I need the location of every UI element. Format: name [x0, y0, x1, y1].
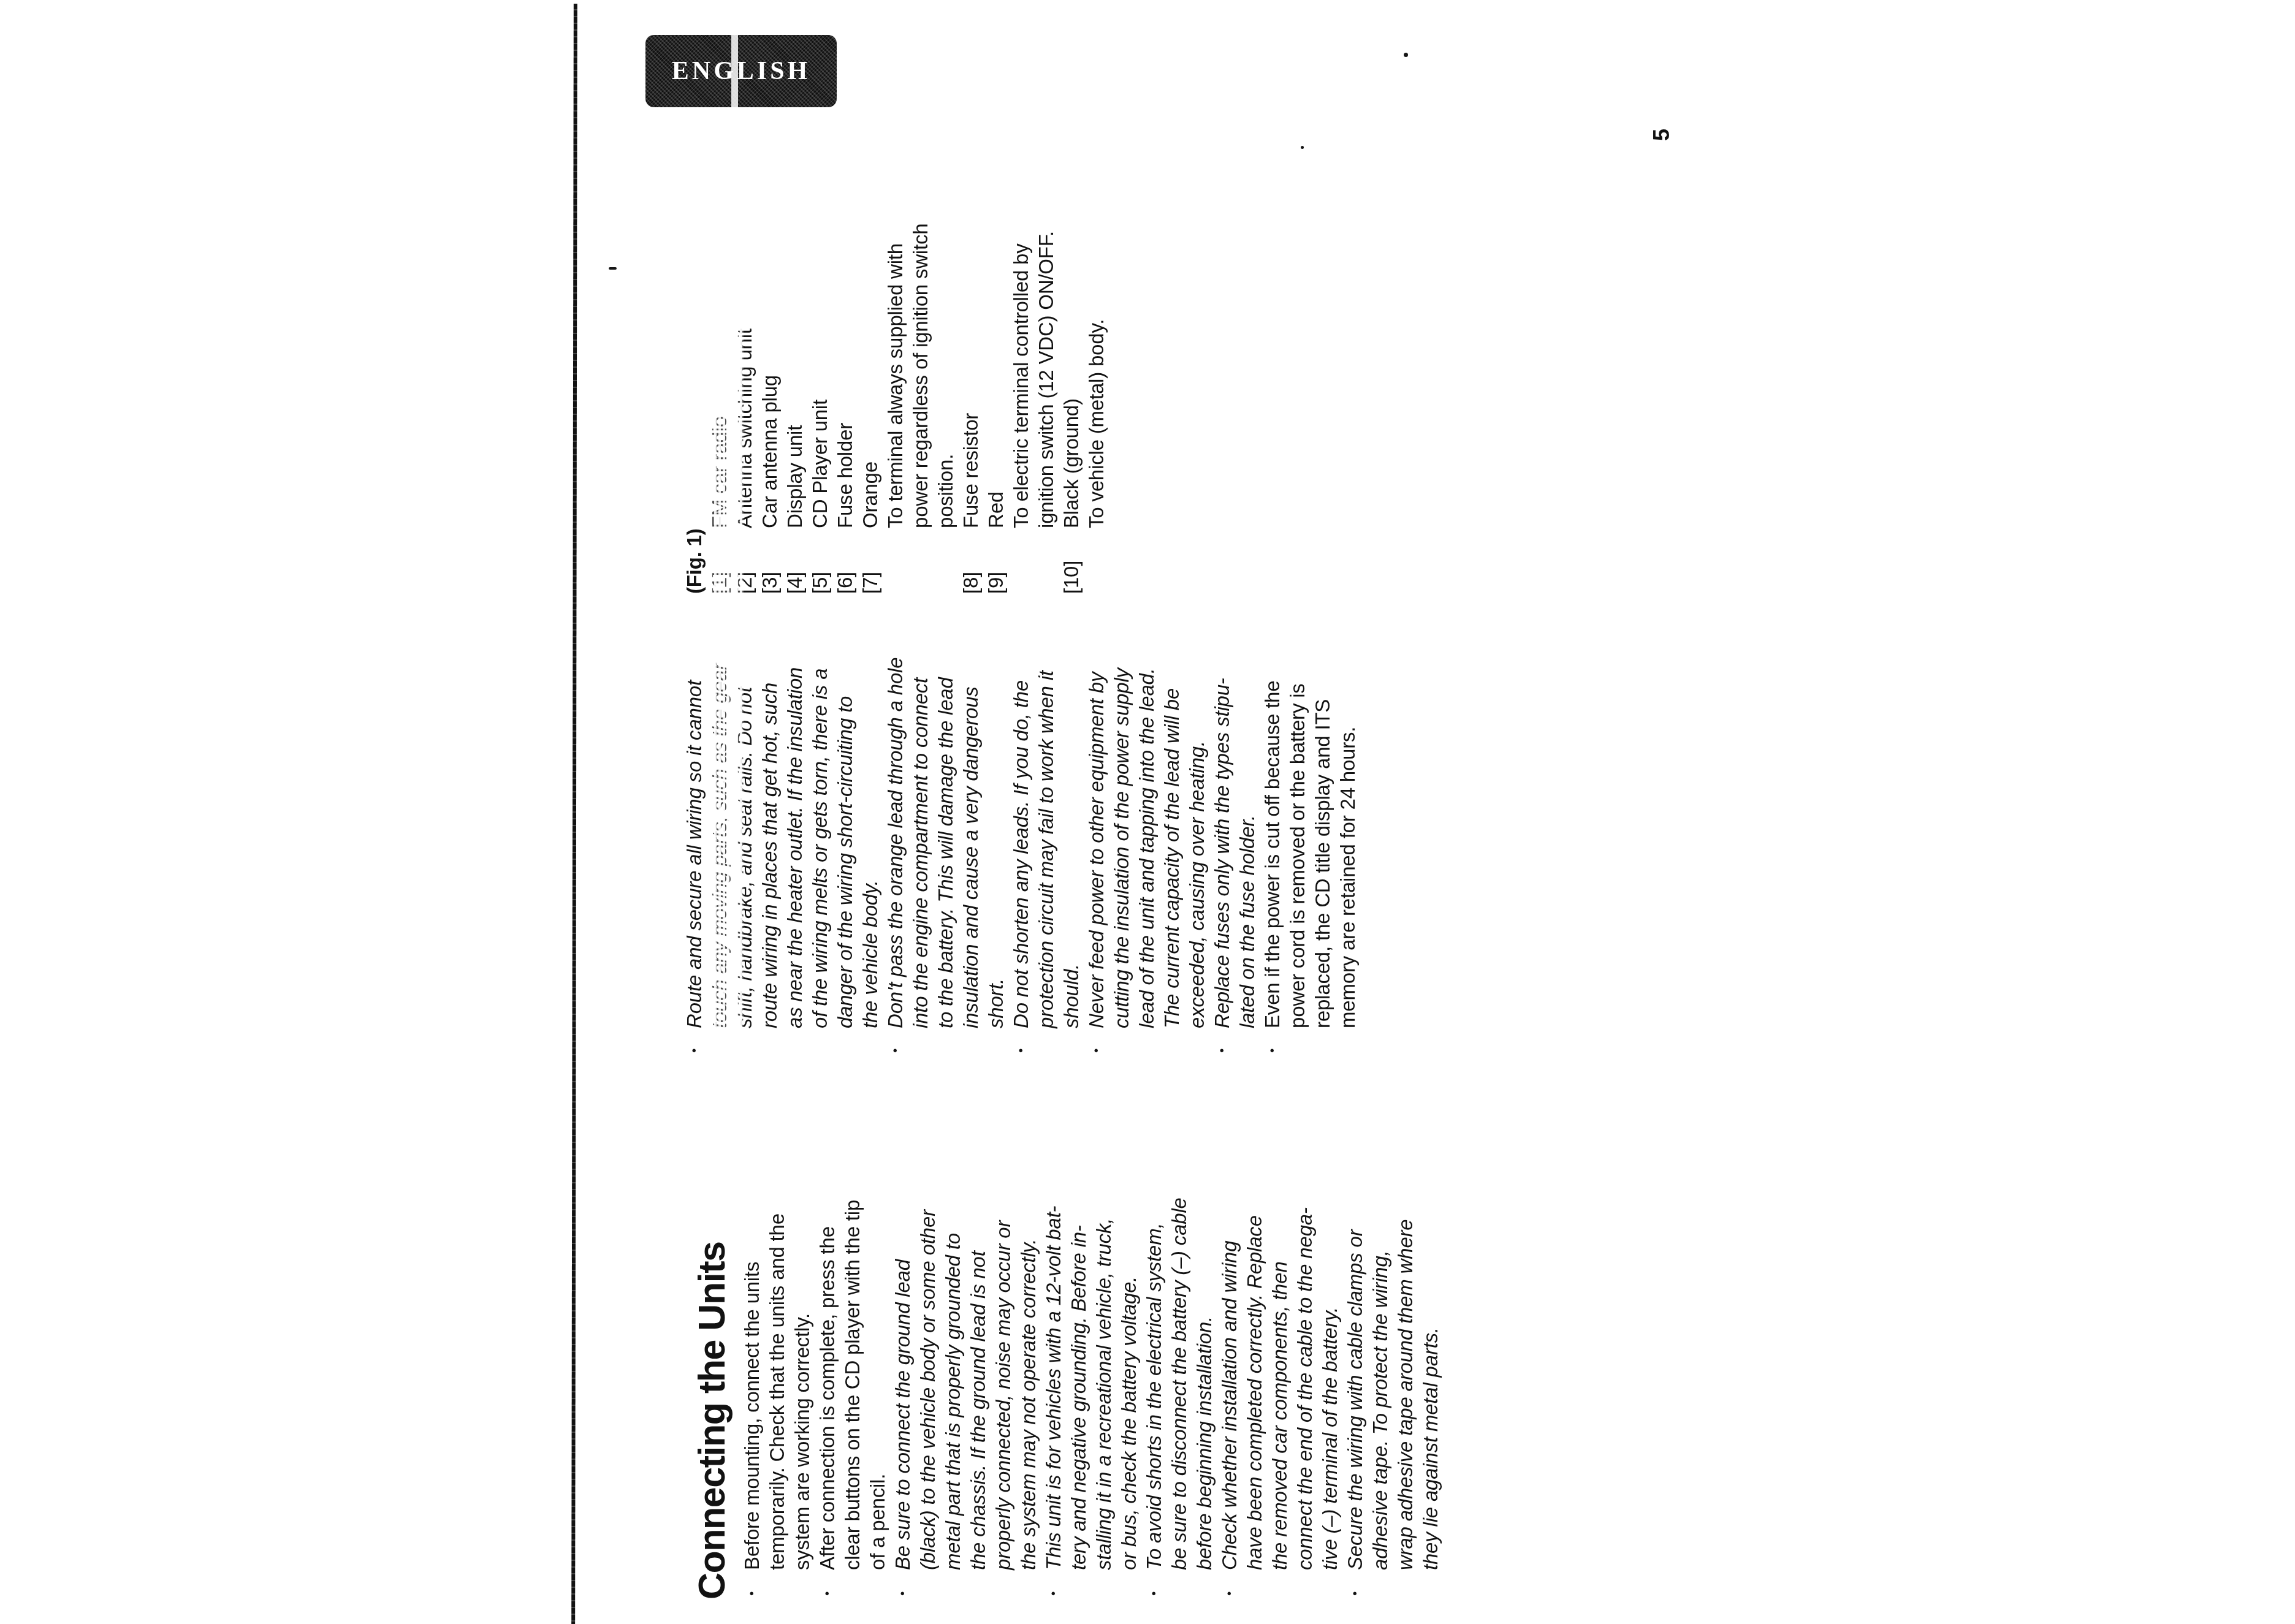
- crease-fade: [706, 152, 744, 1092]
- language-tab: ENGLISH: [645, 35, 837, 107]
- list-item: •Replace fuses only with the types stipu…: [1209, 601, 1260, 1054]
- legend-number: [5]: [807, 528, 832, 594]
- list-item: •Secure the wiring with cable clamps or …: [1342, 1109, 1443, 1599]
- scan-glitch-line: [731, 34, 738, 108]
- list-item: •This unit is for vehicles with a 12-vol…: [1041, 1109, 1141, 1599]
- bullet-icon: •: [739, 1570, 764, 1599]
- bullet-text: Check whether installation and wiring ha…: [1217, 1207, 1342, 1570]
- legend-item: [7]Orange To terminal always supplied wi…: [858, 140, 958, 594]
- bullet-icon: •: [682, 1028, 707, 1054]
- bullet-icon: •: [1209, 1028, 1235, 1054]
- bullet-text: Don't pass the orange lead through a hol…: [883, 658, 1008, 1028]
- scan-speck: [1404, 53, 1408, 57]
- bullet-icon: •: [883, 1028, 908, 1054]
- legend-item: [9]Red To electric terminal controlled b…: [983, 140, 1059, 594]
- figure-legend: (Fig. 1) [1]FM car radio[2]Antenna switc…: [682, 140, 1109, 594]
- scan-speck: [609, 267, 617, 270]
- rotated-page-content: Connecting the Units •Before mounting, c…: [0, 0, 2295, 1624]
- connecting-bullets: •Before mounting, connect the units temp…: [739, 1109, 1443, 1599]
- bullet-text: Be sure to connect the ground lead (blac…: [890, 1210, 1041, 1570]
- bullet-text: Never feed power to other equipment by c…: [1084, 668, 1209, 1028]
- list-item: •Be sure to connect the ground lead (bla…: [890, 1109, 1041, 1599]
- legend-number: [3]: [757, 528, 782, 594]
- list-item: •To avoid shorts in the electrical syste…: [1141, 1109, 1217, 1599]
- bullet-icon: •: [1260, 1028, 1285, 1054]
- legend-text: CD Player unit: [807, 400, 832, 528]
- legend-text: Fuse resistor: [958, 413, 983, 528]
- scanned-manual-page: Connecting the Units •Before mounting, c…: [0, 0, 2295, 1624]
- legend-number: [8]: [958, 528, 983, 594]
- bullet-icon: •: [1217, 1570, 1242, 1599]
- legend-number: [7]: [858, 528, 883, 594]
- legend-item: [8]Fuse resistor: [958, 140, 983, 594]
- list-item: •Do not shorten any leads. If you do, th…: [1008, 601, 1084, 1054]
- bullet-text: Secure the wiring with cable clamps or a…: [1342, 1220, 1443, 1571]
- bullet-text: Even if the power is cut off because the…: [1260, 681, 1360, 1028]
- legend-number: [4]: [782, 528, 807, 594]
- legend-text: Orange To terminal always supplied with …: [858, 224, 958, 528]
- bullet-icon: •: [1084, 1028, 1109, 1054]
- language-tab-label: ENGLISH: [672, 56, 810, 86]
- legend-item: [3]Car antenna plug: [757, 140, 782, 594]
- scan-speck: [1301, 146, 1304, 149]
- list-item: •Even if the power is cut off because th…: [1260, 601, 1360, 1054]
- list-item: •After connection is complete, press the…: [815, 1109, 890, 1599]
- list-item: •Before mounting, connect the units temp…: [739, 1109, 815, 1599]
- bullet-icon: •: [815, 1570, 840, 1599]
- cautions-bullets: •Route and secure all wiring so it canno…: [682, 601, 1360, 1054]
- legend-item: [6]Fuse holder: [832, 140, 858, 594]
- list-item: •Never feed power to other equipment by …: [1084, 601, 1209, 1054]
- legend-item: [5]CD Player unit: [807, 140, 832, 594]
- figure-heading: (Fig. 1): [682, 140, 707, 594]
- bullet-text: This unit is for vehicles with a 12-volt…: [1041, 1206, 1141, 1570]
- page-title: Connecting the Units: [691, 1242, 732, 1599]
- legend-text: Red To electric terminal controlled by i…: [983, 231, 1059, 528]
- legend-number: [6]: [832, 528, 858, 594]
- legend-number: [9]: [983, 528, 1008, 594]
- bullet-text: To avoid shorts in the electrical system…: [1141, 1197, 1217, 1570]
- page-number: 5: [1649, 129, 1675, 141]
- list-item: •Don't pass the orange lead through a ho…: [883, 601, 1008, 1054]
- legend-item: [4]Display unit: [782, 140, 807, 594]
- list-item: •Check whether installation and wiring h…: [1217, 1109, 1342, 1599]
- bullet-icon: •: [1041, 1570, 1066, 1599]
- bullet-text: Replace fuses only with the types stipu-…: [1209, 678, 1260, 1028]
- bullet-icon: •: [1141, 1570, 1167, 1599]
- bullet-icon: •: [1342, 1570, 1368, 1599]
- bullet-icon: •: [1008, 1028, 1033, 1054]
- legend-item: [10]Black (ground) To vehicle (metal) bo…: [1059, 140, 1109, 594]
- bullet-text: Do not shorten any leads. If you do, the…: [1008, 670, 1084, 1028]
- scan-speck: [1244, 925, 1247, 928]
- figure-legend-list: [1]FM car radio[2]Antenna switching unit…: [707, 140, 1109, 594]
- legend-text: Car antenna plug: [757, 375, 782, 528]
- bullet-text: After connection is complete, press the …: [815, 1200, 890, 1570]
- legend-text: Black (ground) To vehicle (metal) body.: [1059, 319, 1109, 528]
- legend-number: [10]: [1059, 528, 1084, 594]
- legend-text: Display unit: [782, 425, 807, 528]
- bullet-icon: •: [890, 1570, 915, 1599]
- legend-text: Fuse holder: [832, 423, 858, 528]
- bullet-text: Before mounting, connect the units tempo…: [739, 1213, 815, 1570]
